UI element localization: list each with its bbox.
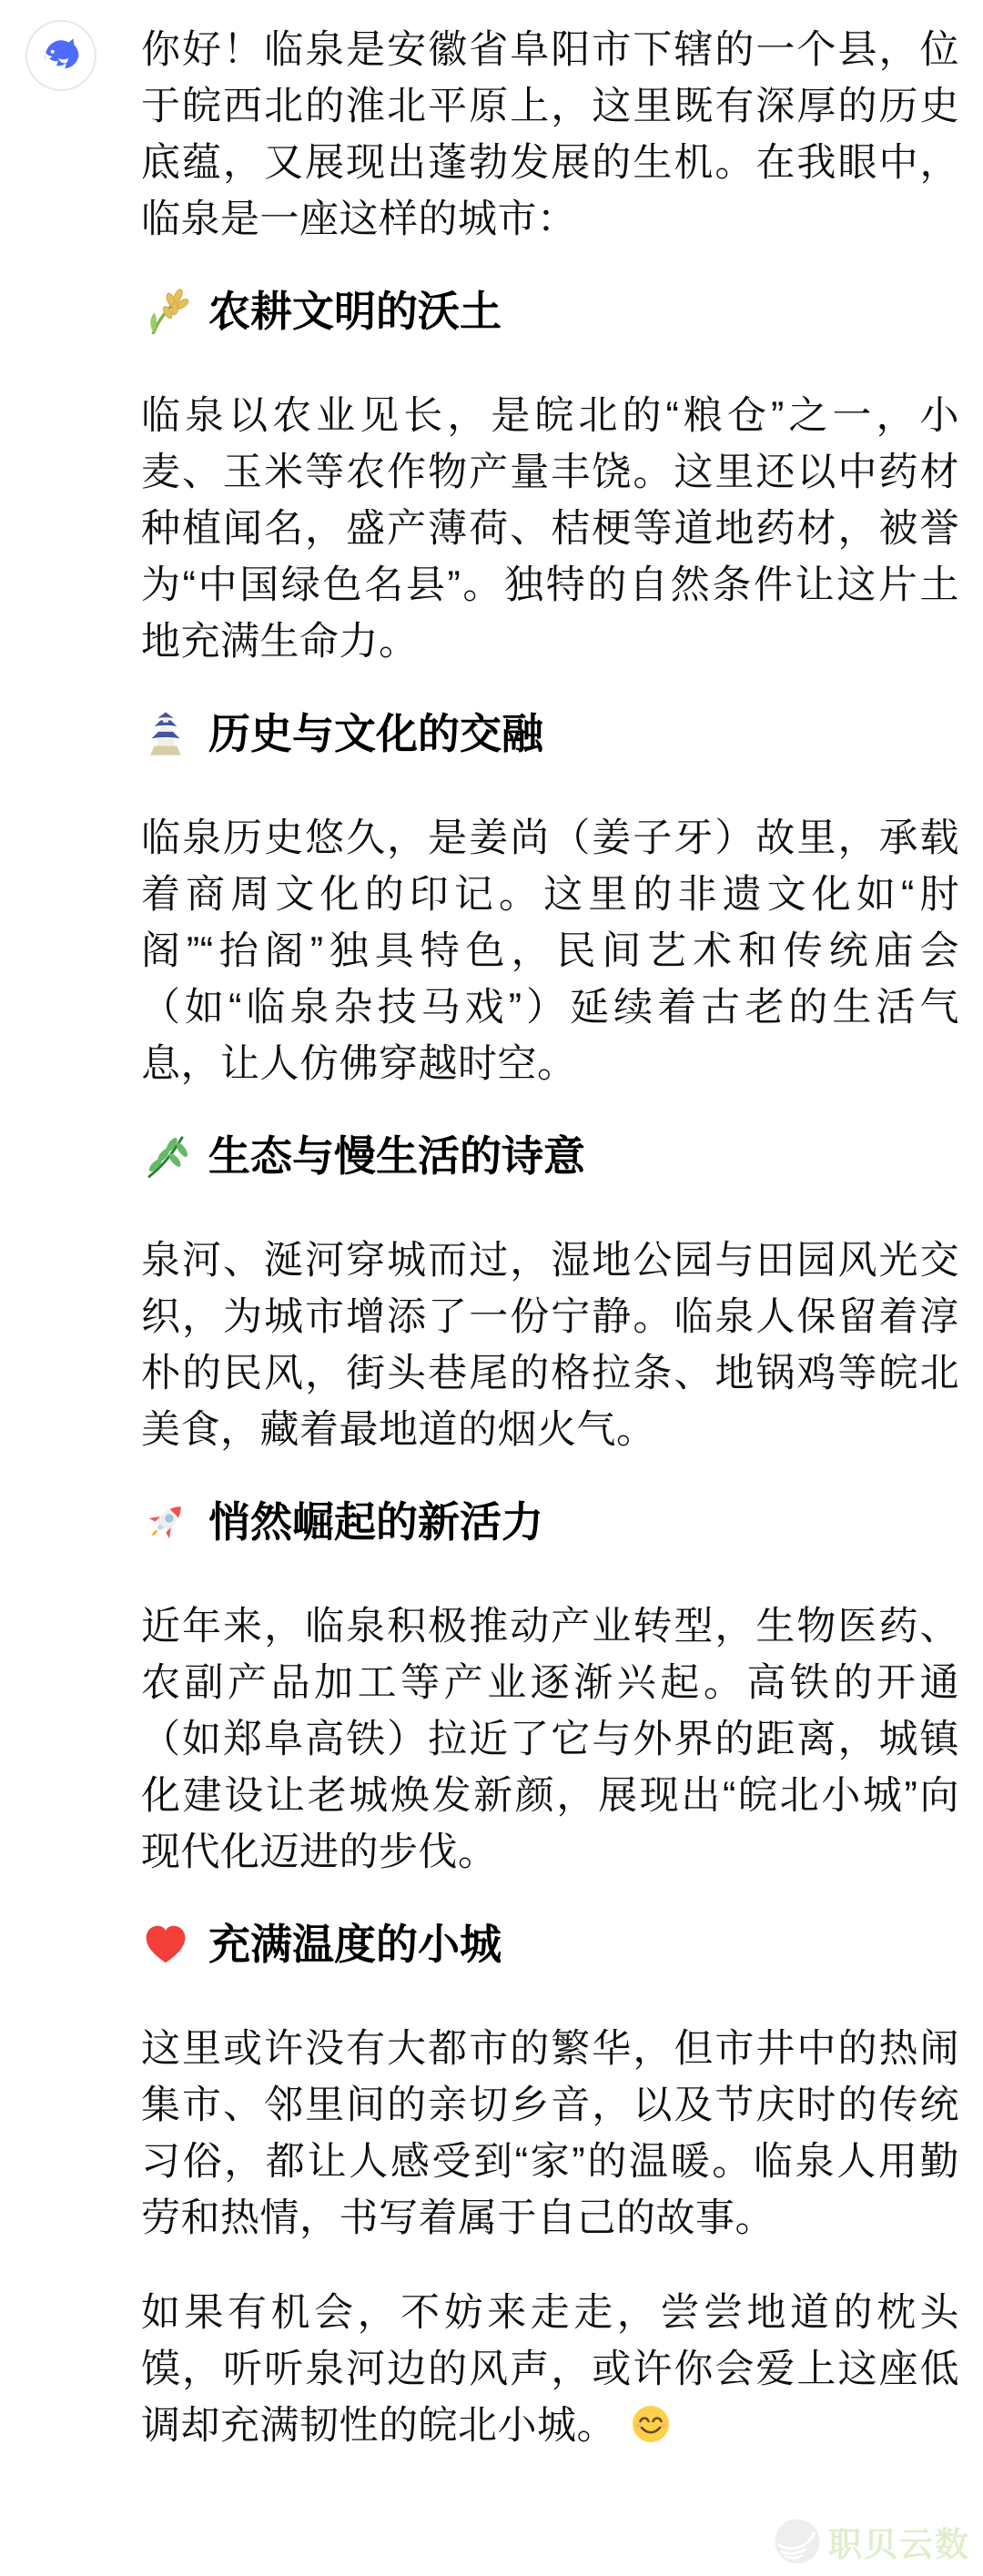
message-content: 你好！临泉是安徽省阜阳市下辖的一个县，位于皖西北的淮北平原上，这里既有深厚的历史… — [0, 0, 983, 2454]
red-heart-icon — [141, 1920, 190, 1969]
closing-text: 如果有机会，不妨来走走，尝尝地道的枕头馍，听听泉河边的风声，或许你会爱上这座低调… — [141, 2291, 959, 2448]
assistant-avatar[interactable] — [25, 20, 96, 91]
watermark: 职贝云数 — [772, 2516, 970, 2567]
sheaf-of-rice-icon — [141, 287, 190, 336]
chat-message-view: 你好！临泉是安徽省阜阳市下辖的一个县，位于皖西北的淮北平原上，这里既有深厚的历史… — [0, 0, 983, 2576]
section-title-text: 充满温度的小城 — [208, 1919, 502, 1970]
closing-paragraph: 如果有机会，不妨来走走，尝尝地道的枕头馍，听听泉河边的风声，或许你会爱上这座低调… — [141, 2285, 959, 2454]
section-title-text: 悄然崛起的新活力 — [208, 1496, 543, 1547]
herb-icon — [141, 1131, 190, 1181]
rocket-icon — [141, 1497, 190, 1547]
watermark-text: 职贝云数 — [828, 2517, 970, 2566]
section-paragraph-warmth: 这里或许没有大都市的繁华，但市井中的热闹集市、邻里间的亲切乡音，以及节庆时的传统… — [141, 2021, 959, 2246]
section-title-history: 历史与文化的交融 — [141, 708, 959, 759]
section-title-text: 生态与慢生活的诗意 — [208, 1131, 585, 1182]
watermark-wave-logo-icon — [772, 2516, 823, 2567]
section-paragraph-ecology: 泉河、涎河穿城而过，湿地公园与田园风光交织，为城市增添了一份宁静。临泉人保留着淳… — [141, 1232, 959, 1458]
japanese-castle-icon — [141, 709, 190, 758]
section-title-text: 农耕文明的沃土 — [208, 286, 502, 337]
section-paragraph-history: 临泉历史悠久，是姜尚（姜子牙）故里，承载着商周文化的印记。这里的非遗文化如“肘阁… — [141, 810, 959, 1092]
intro-paragraph: 你好！临泉是安徽省阜阳市下辖的一个县，位于皖西北的淮北平原上，这里既有深厚的历史… — [141, 22, 959, 248]
section-title-warmth: 充满温度的小城 — [141, 1919, 959, 1970]
section-title-agriculture: 农耕文明的沃土 — [141, 286, 959, 337]
section-paragraph-agriculture: 临泉以农业见长，是皖北的“粮仓”之一，小麦、玉米等农作物产量丰饶。这里还以中药材… — [141, 388, 959, 670]
section-title-text: 历史与文化的交融 — [208, 708, 543, 759]
section-title-vitality: 悄然崛起的新活力 — [141, 1496, 959, 1547]
section-title-ecology: 生态与慢生活的诗意 — [141, 1131, 959, 1182]
smiling-face-icon — [629, 2402, 673, 2446]
deepseek-whale-icon — [36, 31, 86, 80]
section-paragraph-vitality: 近年来，临泉积极推动产业转型，生物医药、农副产品加工等产业逐渐兴起。高铁的开通（… — [141, 1598, 959, 1881]
